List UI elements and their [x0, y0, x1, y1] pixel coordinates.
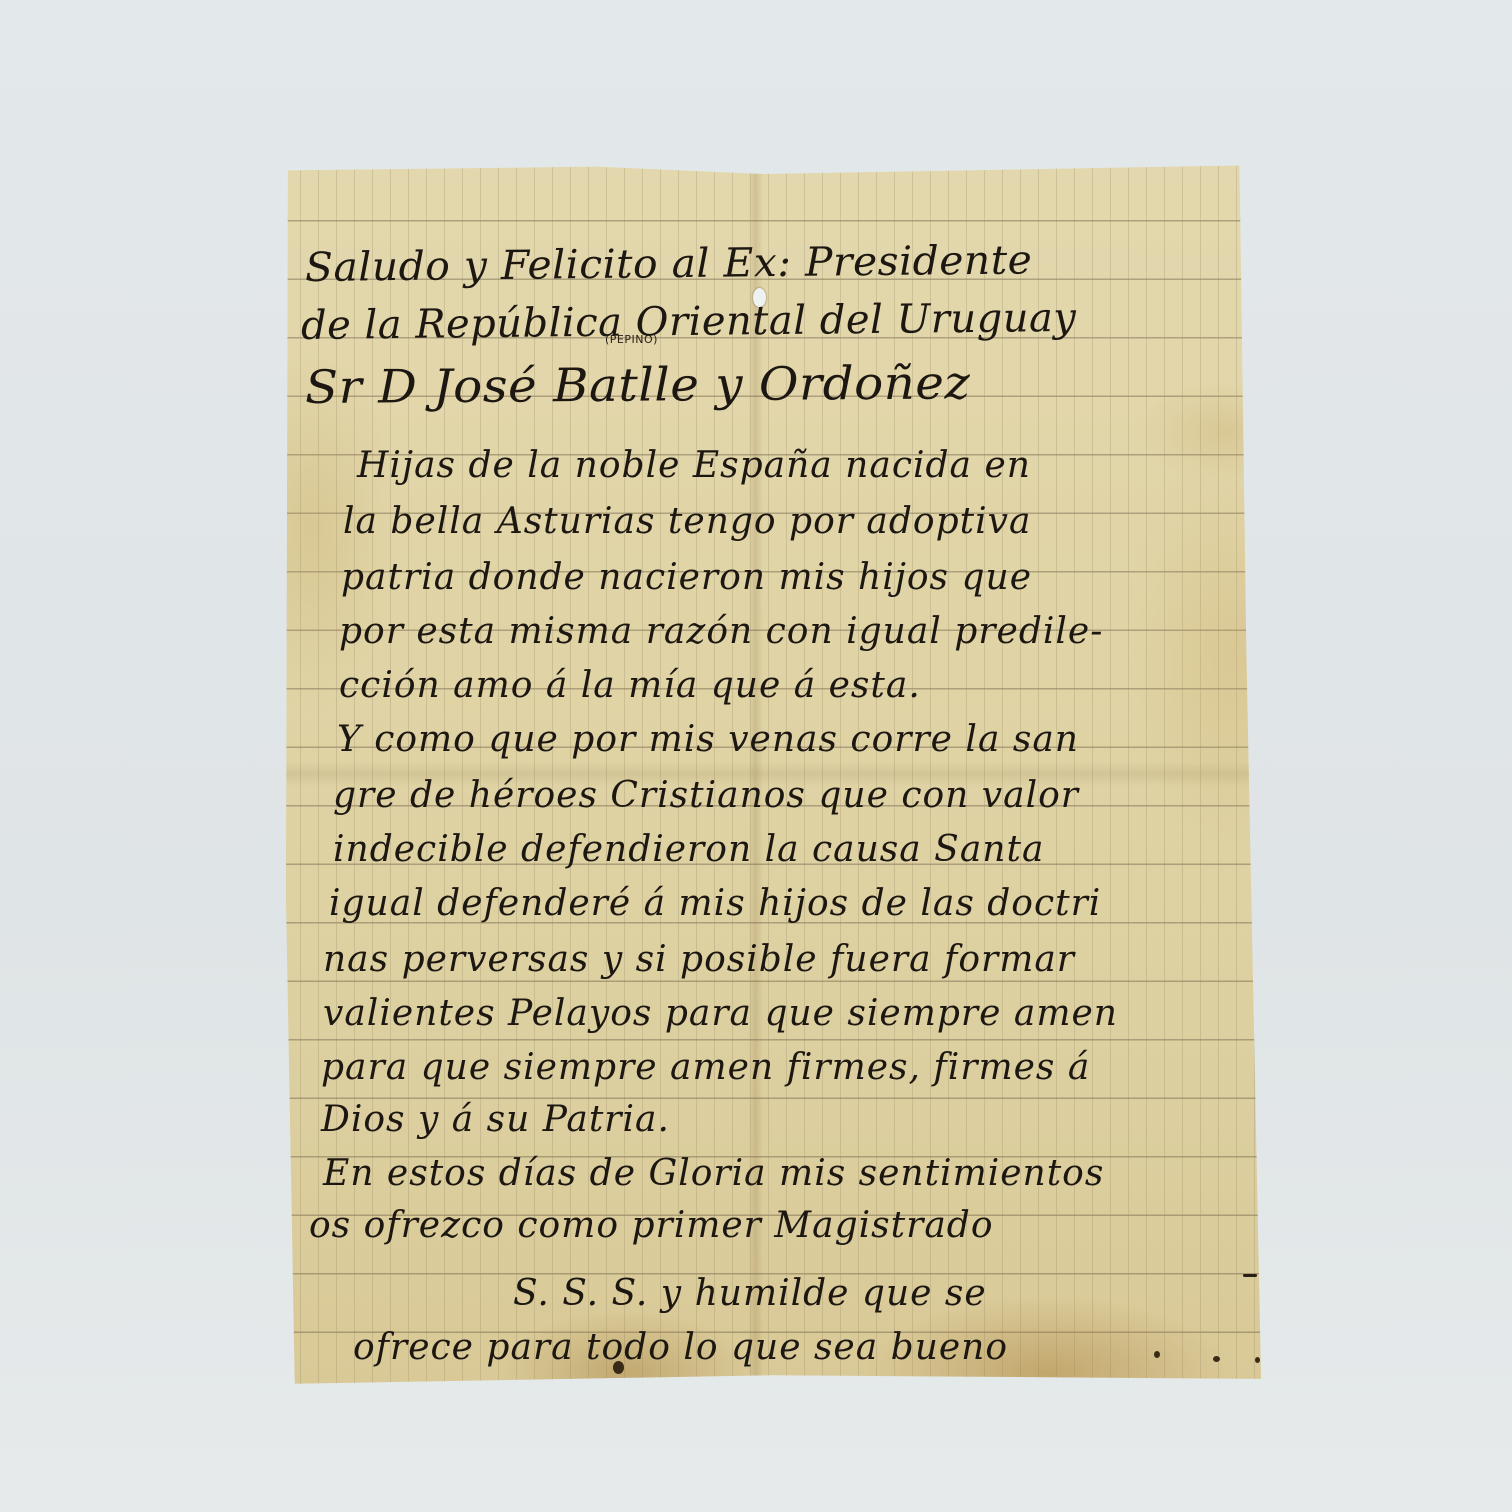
closing-line-2: ofrece para todo lo que sea bueno	[353, 1327, 1008, 1368]
body-line-9: igual defenderé á mis hijos de las doctr…	[329, 883, 1101, 924]
body-line-8: indecible defendieron la causa Santa	[333, 829, 1044, 870]
letter-paper: Saludo y Felicito al Ex: Presidente de l…	[283, 163, 1263, 1385]
body-line-7: gre de héroes Cristianos que con valor	[333, 775, 1079, 816]
heading-line-2: de la República Oriental del Uruguay	[301, 295, 1077, 349]
body-line-3: patria donde nacieron mis hijos que	[341, 557, 1032, 598]
handwriting: Saludo y Felicito al Ex: Presidente de l…	[283, 163, 1263, 1385]
body-line-2: la bella Asturias tengo por adoptiva	[343, 501, 1031, 542]
nickname-annotation: (PEPINO)	[605, 333, 658, 346]
body-line-10: nas perversas y si posible fuera formar	[323, 939, 1075, 980]
closing-line-1: S. S. S. y humilde que se	[513, 1273, 987, 1314]
body-line-15: os ofrezco como primer Magistrado	[309, 1205, 994, 1246]
heading-line-1: Saludo y Felicito al Ex: Presidente	[305, 237, 1033, 291]
body-line-11: valientes Pelayos para que siempre amen	[323, 993, 1118, 1034]
body-line-5: cción amo á la mía que á esta.	[339, 665, 921, 706]
body-line-13: Dios y á su Patria.	[321, 1099, 670, 1140]
body-line-6: Y como que por mis venas corre la san	[337, 719, 1079, 760]
body-line-4: por esta misma razón con igual predile-	[339, 611, 1103, 652]
heading-line-3: Sr D José Batlle y Ordoñez	[305, 355, 971, 414]
body-line-12: para que siempre amen firmes, firmes á	[321, 1047, 1090, 1088]
body-line-14: En estos días de Gloria mis sentimientos	[323, 1153, 1104, 1194]
body-line-1: Hijas de la noble España nacida en	[357, 445, 1031, 486]
